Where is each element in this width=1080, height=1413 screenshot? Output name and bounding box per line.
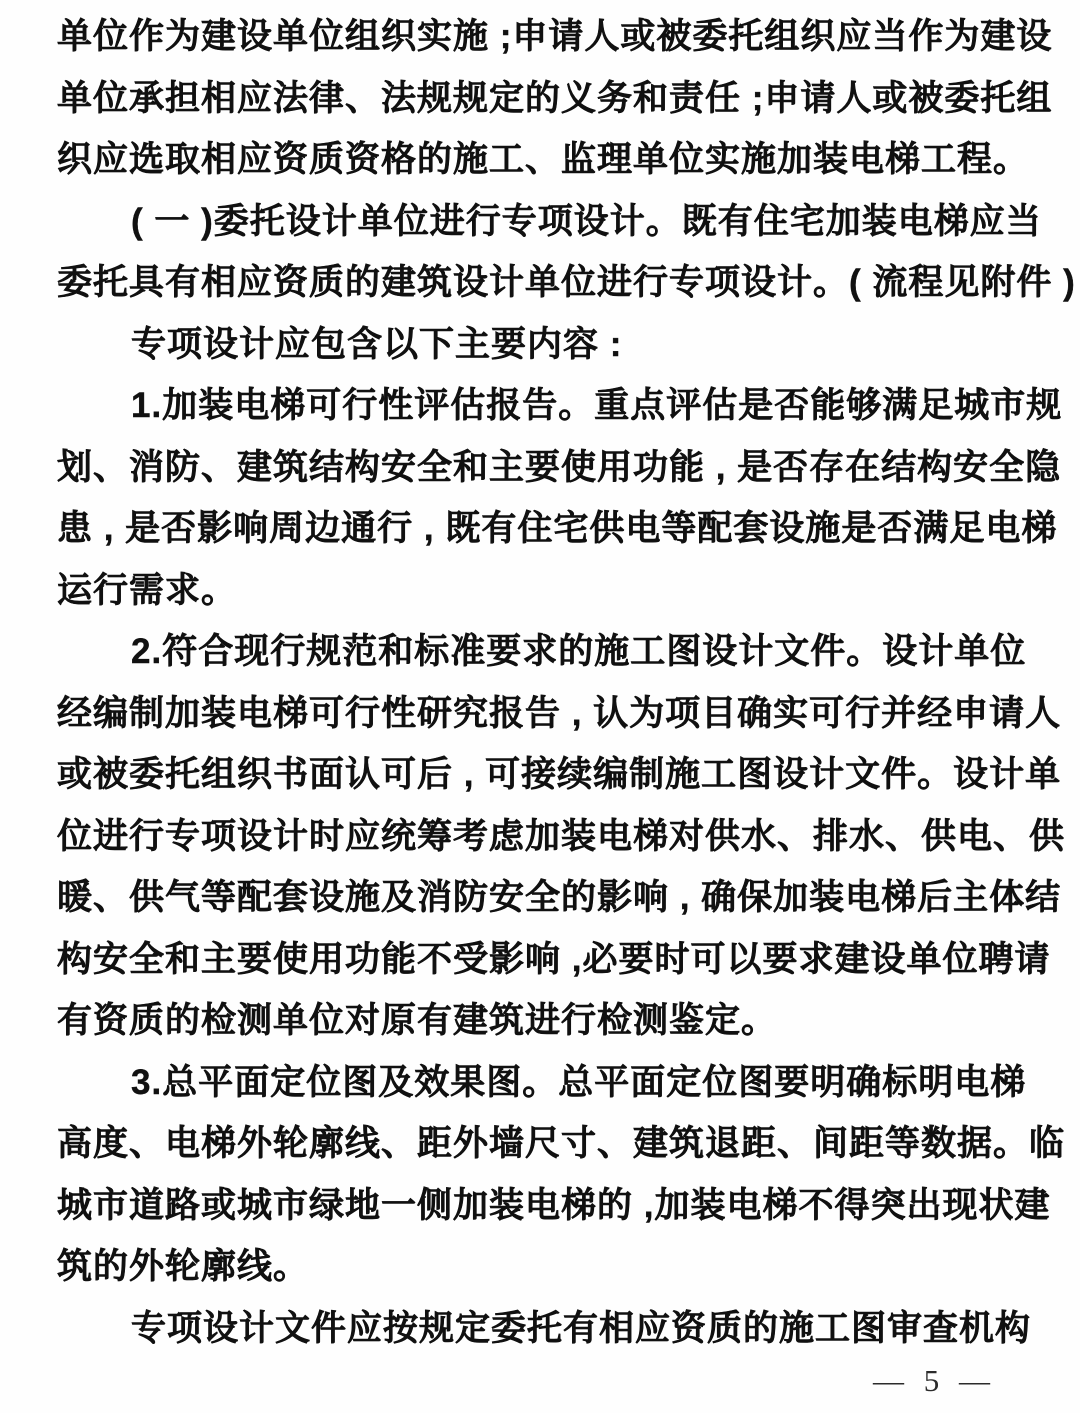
text-line: 划、消防、建筑结构安全和主要使用功能 , 是否存在结构安全隐 xyxy=(57,437,1023,499)
text-line: ( 一 )委托设计单位进行专项设计。既有住宅加装电梯应当 xyxy=(57,191,1023,253)
text-line: 患 , 是否影响周边通行 , 既有住宅供电等配套设施是否满足电梯 xyxy=(57,498,1023,560)
text-line: 3.总平面定位图及效果图。总平面定位图要明确标明电梯 xyxy=(57,1052,1023,1114)
text-line: 1.加装电梯可行性评估报告。重点评估是否能够满足城市规 xyxy=(57,375,1023,437)
text-line: 单位作为建设单位组织实施 ;申请人或被委托组织应当作为建设 xyxy=(57,6,1023,68)
text-line: 位进行专项设计时应统筹考虑加装电梯对供水、排水、供电、供 xyxy=(57,806,1023,868)
text-line: 筑的外轮廓线。 xyxy=(57,1236,1023,1298)
text-line: 专项设计应包含以下主要内容 : xyxy=(57,314,1023,376)
text-line: 运行需求。 xyxy=(57,560,1023,622)
text-line: 单位承担相应法律、法规规定的义务和责任 ;申请人或被委托组 xyxy=(57,68,1023,130)
text-line: 高度、电梯外轮廓线、距外墙尺寸、建筑退距、间距等数据。临 xyxy=(57,1113,1023,1175)
text-line: 委托具有相应资质的建筑设计单位进行专项设计。( 流程见附件 ) xyxy=(57,252,1023,314)
text-line: 或被委托组织书面认可后 , 可接续编制施工图设计文件。设计单 xyxy=(57,744,1023,806)
text-line: 经编制加装电梯可行性研究报告 , 认为项目确实可行并经申请人 xyxy=(57,683,1023,745)
text-line: 有资质的检测单位对原有建筑进行检测鉴定。 xyxy=(57,990,1023,1052)
text-line: 城市道路或城市绿地一侧加装电梯的 ,加装电梯不得突出现状建 xyxy=(57,1175,1023,1237)
text-line: 构安全和主要使用功能不受影响 ,必要时可以要求建设单位聘请 xyxy=(57,929,1023,991)
text-line: 织应选取相应资质资格的施工、监理单位实施加装电梯工程。 xyxy=(57,129,1023,191)
text-line: 专项设计文件应按规定委托有相应资质的施工图审查机构 xyxy=(57,1298,1023,1360)
page-number: — 5 — xyxy=(873,1363,996,1399)
document-page: 单位作为建设单位组织实施 ;申请人或被委托组织应当作为建设 单位承担相应法律、法… xyxy=(0,0,1080,1413)
text-line: 2.符合现行规范和标准要求的施工图设计文件。设计单位 xyxy=(57,621,1023,683)
text-line: 暖、供气等配套设施及消防安全的影响 , 确保加装电梯后主体结 xyxy=(57,867,1023,929)
